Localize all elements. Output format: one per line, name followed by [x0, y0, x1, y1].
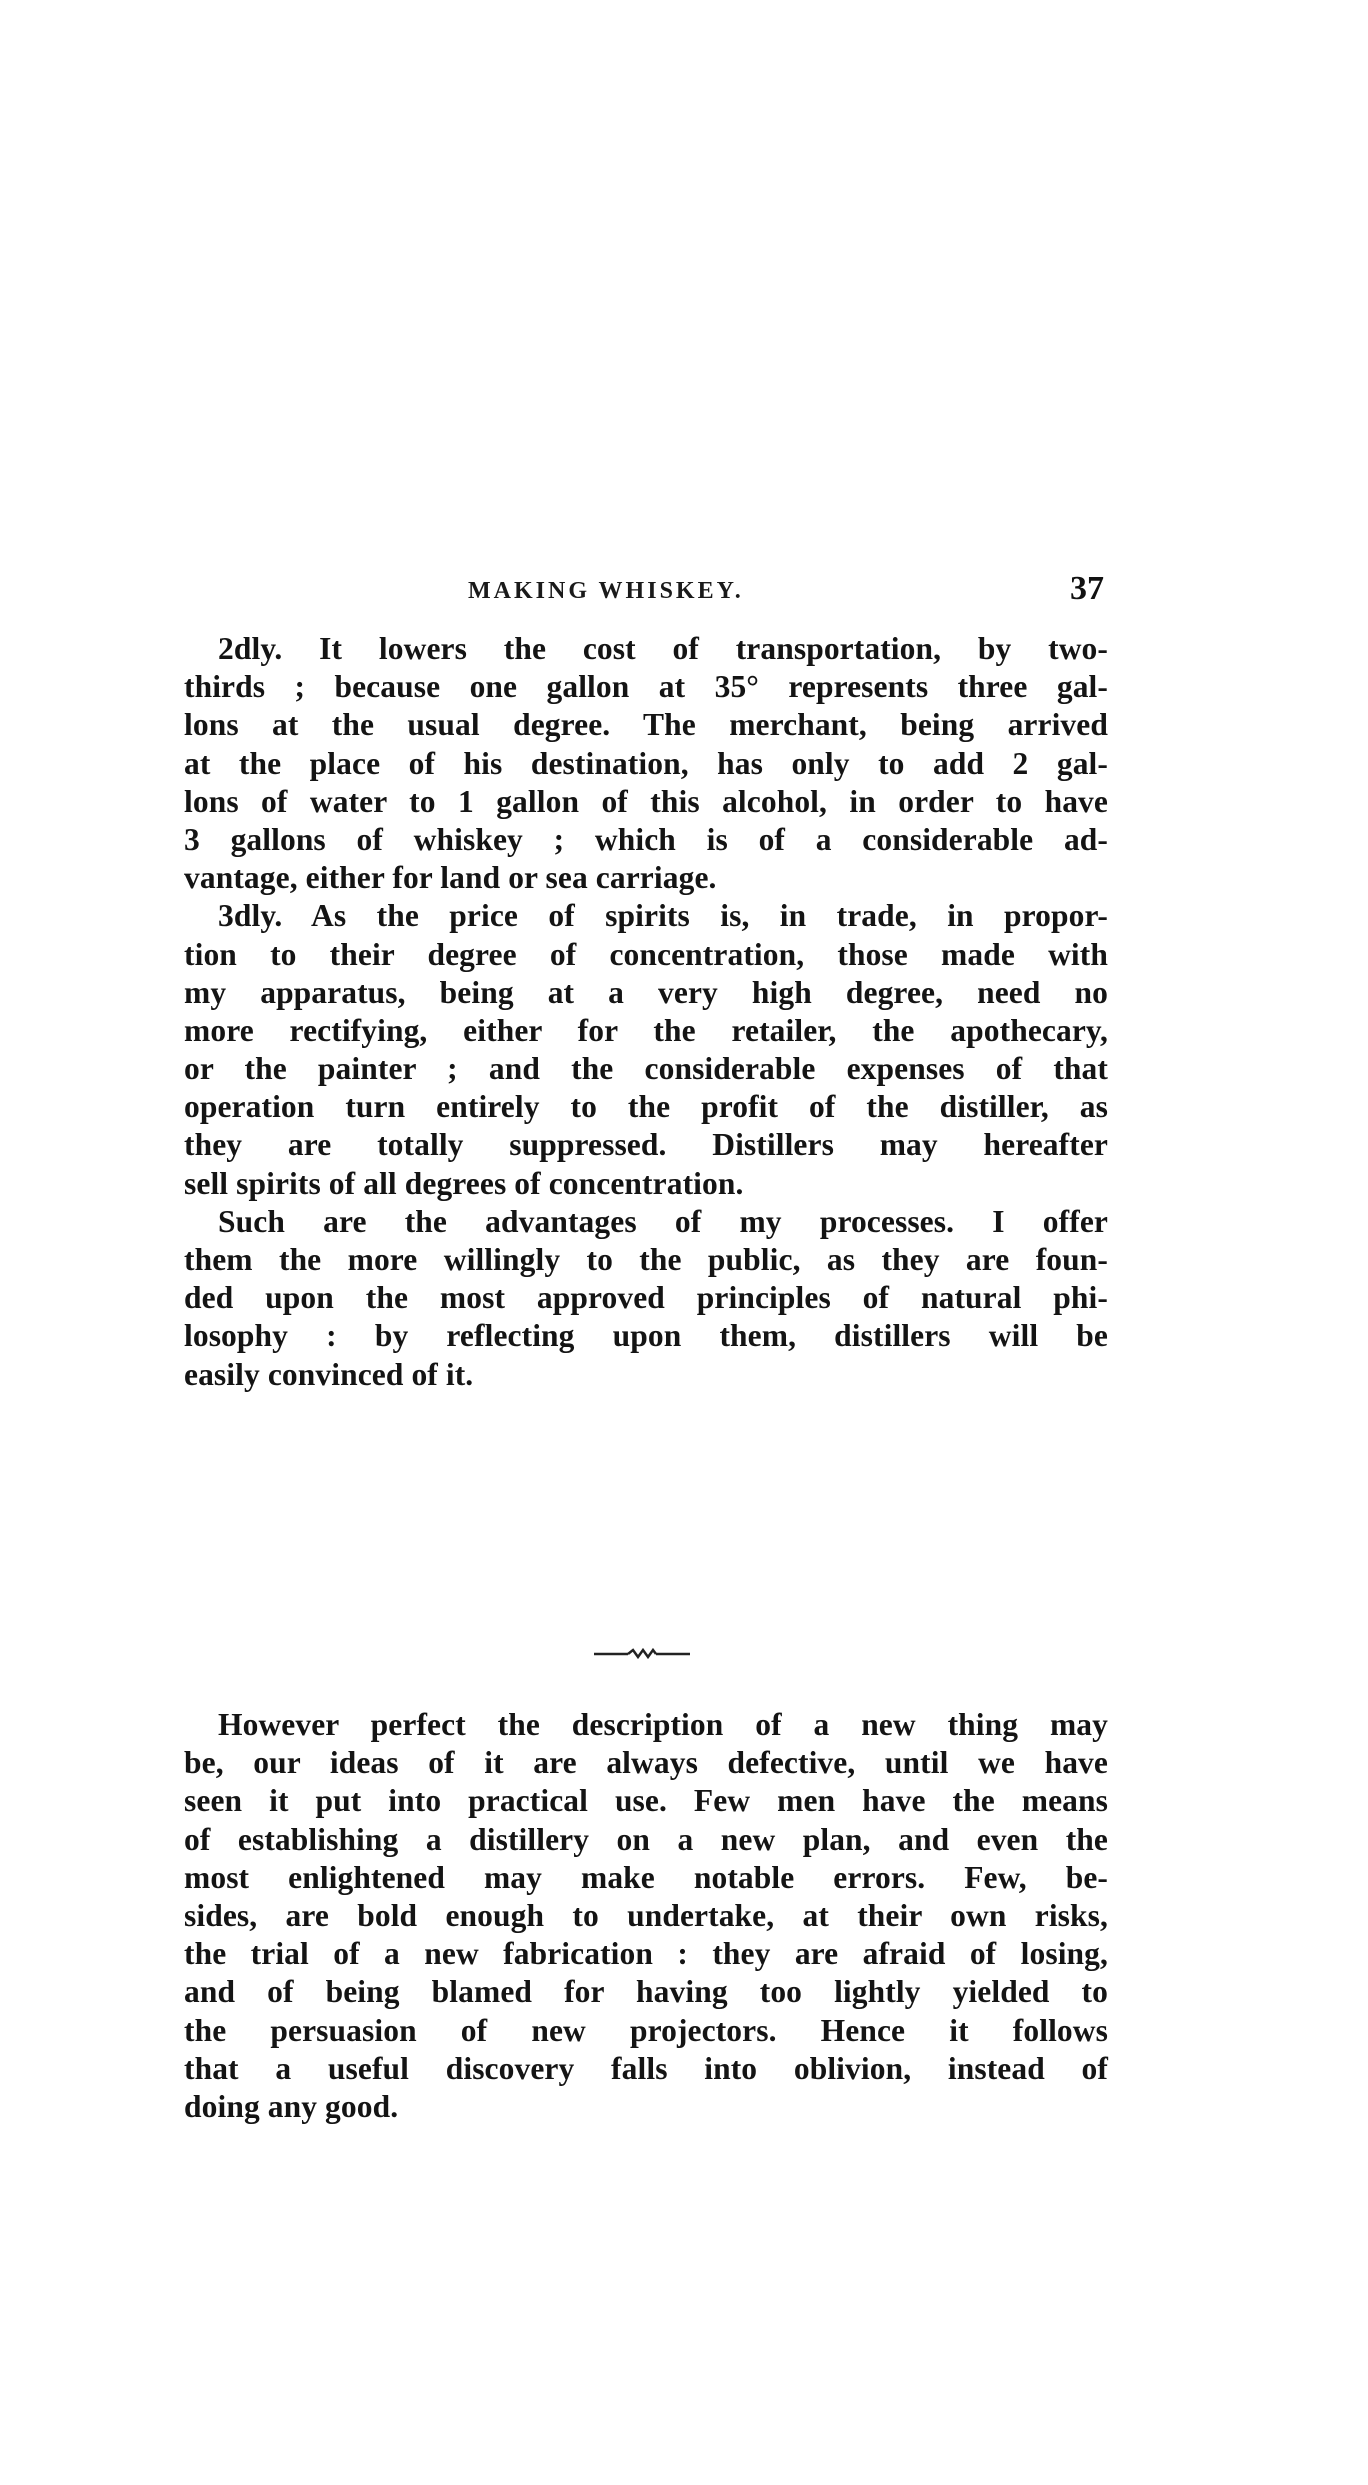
text-line: losophy : by reflecting upon them, disti…: [184, 1317, 1108, 1355]
text-line: operation turn entirely to the profit of…: [184, 1088, 1108, 1126]
text-line: seen it put into practical use. Few men …: [184, 1782, 1108, 1820]
body-section-1: 2dly. It lowers the cost of transportati…: [184, 630, 1108, 1394]
text-line: lons of water to 1 gallon of this alcoho…: [184, 783, 1108, 821]
text-line: my apparatus, being at a very high degre…: [184, 974, 1108, 1012]
text-line: more rectifying, either for the retailer…: [184, 1012, 1108, 1050]
wavy-rule-icon: [592, 1644, 692, 1664]
body-section-2: However perfect the description of a new…: [184, 1706, 1108, 2126]
text-line: 2dly. It lowers the cost of transportati…: [184, 630, 1108, 668]
section-divider-ornament: [592, 1644, 692, 1664]
text-line: of establishing a distillery on a new pl…: [184, 1821, 1108, 1859]
text-line: tion to their degree of concentration, t…: [184, 936, 1108, 974]
text-line: be, our ideas of it are always defective…: [184, 1744, 1108, 1782]
running-title: Making Whiskey.: [468, 578, 744, 605]
text-line: at the place of his destination, has onl…: [184, 745, 1108, 783]
text-line: doing any good.: [184, 2088, 1108, 2126]
text-line: and of being blamed for having too light…: [184, 1973, 1108, 2011]
text-line: thirds ; because one gallon at 35° repre…: [184, 668, 1108, 706]
text-line: or the painter ; and the considerable ex…: [184, 1050, 1108, 1088]
text-line: 3dly. As the price of spirits is, in tra…: [184, 897, 1108, 935]
text-line: Such are the advantages of my processes.…: [184, 1203, 1108, 1241]
text-line: easily convinced of it.: [184, 1356, 1108, 1394]
text-line: them the more willingly to the public, a…: [184, 1241, 1108, 1279]
text-line: they are totally suppressed. Distillers …: [184, 1126, 1108, 1164]
page-number: 37: [1070, 570, 1104, 608]
text-line: that a useful discovery falls into obliv…: [184, 2050, 1108, 2088]
text-line: vantage, either for land or sea carriage…: [184, 859, 1108, 897]
text-line: ded upon the most approved principles of…: [184, 1279, 1108, 1317]
running-head: Making Whiskey. 37: [188, 574, 1104, 614]
text-line: sides, are bold enough to undertake, at …: [184, 1897, 1108, 1935]
text-line: 3 gallons of whiskey ; which is of a con…: [184, 821, 1108, 859]
text-line: sell spirits of all degrees of concentra…: [184, 1165, 1108, 1203]
text-line: However perfect the description of a new…: [184, 1706, 1108, 1744]
text-line: most enlightened may make notable errors…: [184, 1859, 1108, 1897]
text-line: the persuasion of new projectors. Hence …: [184, 2012, 1108, 2050]
text-line: lons at the usual degree. The merchant, …: [184, 706, 1108, 744]
text-line: the trial of a new fabrication : they ar…: [184, 1935, 1108, 1973]
book-page: Making Whiskey. 37 2dly. It lowers the c…: [0, 0, 1368, 2485]
